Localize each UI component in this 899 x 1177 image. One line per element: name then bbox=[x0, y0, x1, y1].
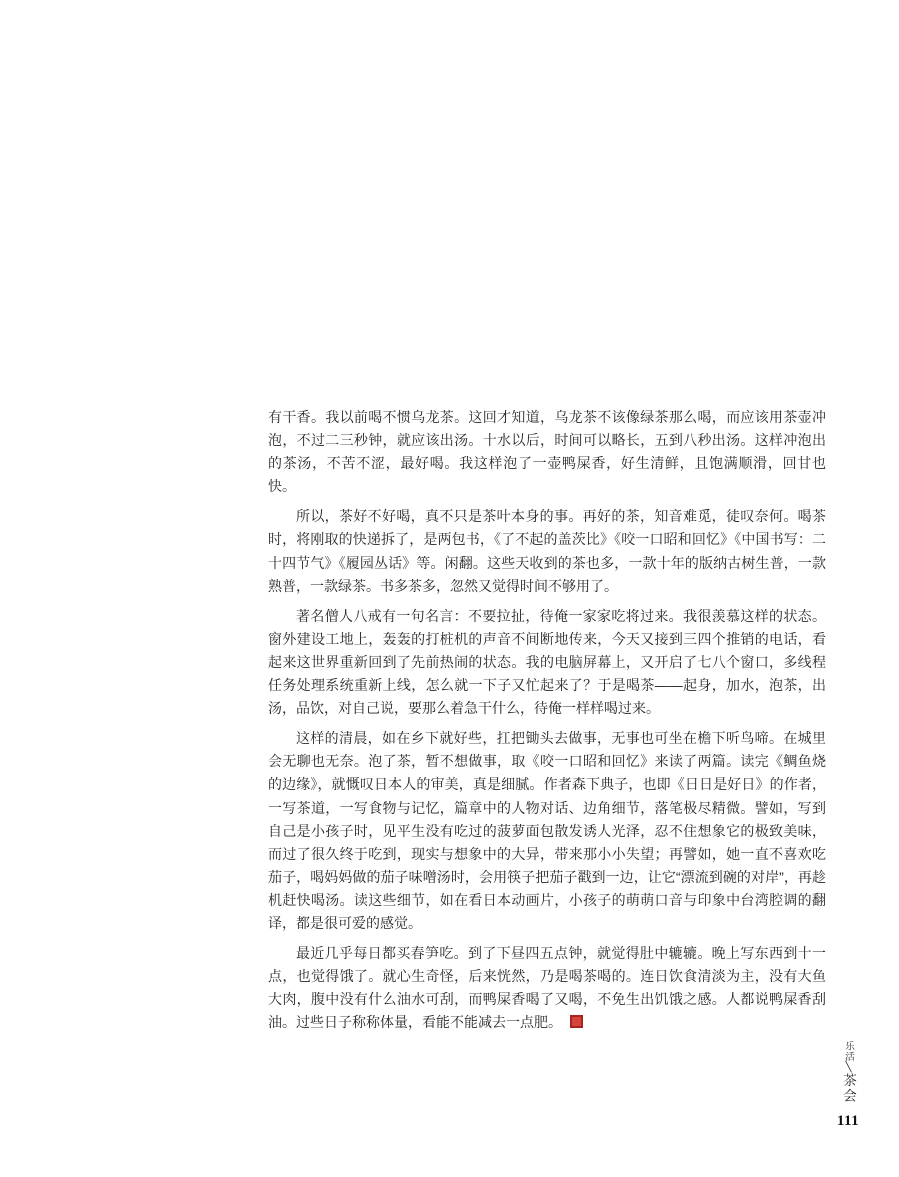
paragraph: 所以，茶好不好喝，真不只是茶叶本身的事。再好的茶，知音难觅，徒叹奈何。喝茶时，将… bbox=[268, 505, 826, 597]
page-number: 111 bbox=[837, 1113, 859, 1130]
paragraph-text: 有干香。我以前喝不惯乌龙茶。这回才知道，乌龙茶不该像绿茶那么喝，而应该用茶壶冲泡… bbox=[268, 409, 826, 494]
paragraph-text: 所以，茶好不好喝，真不只是茶叶本身的事。再好的茶，知音难觅，徒叹奈何。喝茶时，将… bbox=[268, 508, 826, 593]
series-label: 乐活 bbox=[843, 1041, 854, 1062]
article-text-block: 有干香。我以前喝不惯乌龙茶。这回才知道，乌龙茶不该像绿茶那么喝，而应该用茶壶冲泡… bbox=[268, 406, 826, 1034]
running-head-vertical: 乐活╲茶会 bbox=[840, 1041, 856, 1104]
paragraph: 最近几乎每日都买春笋吃。到了下昼四五点钟，就觉得肚中辘辘。晚上写东西到十一点，也… bbox=[268, 942, 826, 1034]
book-page: 有干香。我以前喝不惯乌龙茶。这回才知道，乌龙茶不该像绿茶那么喝，而应该用茶壶冲泡… bbox=[0, 0, 899, 1177]
paragraph-text: 这样的清晨，如在乡下就好些，扛把锄头去做事，无事也可坐在檐下听鸟啼。在城里会无聊… bbox=[268, 730, 826, 931]
slash-separator-icon: ╲ bbox=[843, 1062, 854, 1073]
paragraph: 著名僧人八戒有一句名言：不要拉扯，待俺一家家吃将过来。我很羡慕这样的状态。窗外建… bbox=[268, 605, 826, 720]
section-label: 茶会 bbox=[841, 1073, 856, 1104]
page-margin-info: 乐活╲茶会 111 bbox=[833, 1041, 863, 1130]
paragraph-text: 最近几乎每日都买春笋吃。到了下昼四五点钟，就觉得肚中辘辘。晚上写东西到十一点，也… bbox=[268, 945, 826, 1030]
paragraph-text: 著名僧人八戒有一句名言：不要拉扯，待俺一家家吃将过来。我很羡慕这样的状态。窗外建… bbox=[268, 608, 826, 716]
paragraph: 这样的清晨，如在乡下就好些，扛把锄头去做事，无事也可坐在檐下听鸟啼。在城里会无聊… bbox=[268, 727, 826, 935]
end-of-article-square-icon bbox=[570, 1015, 583, 1028]
paragraph: 有干香。我以前喝不惯乌龙茶。这回才知道，乌龙茶不该像绿茶那么喝，而应该用茶壶冲泡… bbox=[268, 406, 826, 498]
